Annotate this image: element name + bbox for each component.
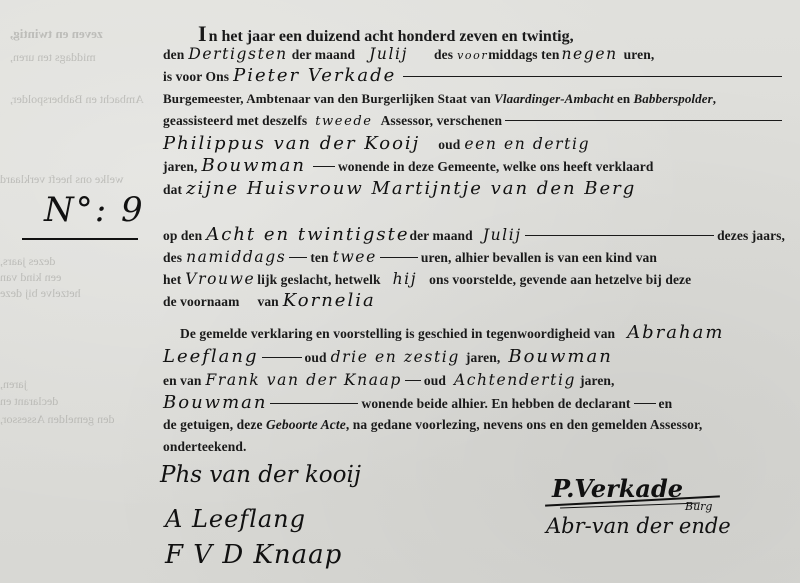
handwritten-witness2-age: Achtendertig — [454, 369, 576, 391]
text-line-7: jaren, Bouwman wonende in deze Gemeente,… — [163, 155, 785, 177]
signature-mayor-title: Burg — [685, 500, 712, 513]
text-line-4: Burgemeester, Ambtenaar van den Burgerli… — [163, 88, 785, 110]
text-line-16: Bouwman wonende beide alhier. En hebben … — [163, 392, 785, 414]
bleed-through-text: hetzelve bij deze — [0, 286, 81, 301]
text-line-14: Leeflang oud drie en zestig jaren, Bouwm… — [163, 346, 785, 370]
handwritten-witness2-name: Frank van der Knaap — [205, 369, 401, 391]
handwritten-witness1-age: drie en zestig — [331, 346, 460, 368]
handwritten-witness2-occupation: Bouwman — [163, 392, 267, 414]
handwritten-period: voor — [457, 45, 488, 67]
text-line-12: de voornaam van Kornelia — [163, 290, 785, 312]
text-line-5: geassisteerd met deszelfs tweede Assesso… — [163, 110, 785, 132]
fill-rule — [262, 357, 302, 358]
fill-rule — [403, 76, 782, 77]
text-line-15: en van Frank van der Knaap oud Achtender… — [163, 369, 785, 391]
text-line-11: het Vrouwe lijk geslacht, hetwelk hij on… — [163, 268, 785, 290]
bleed-through-text: zeven en twintig, — [10, 26, 103, 42]
polder-name: Babberspolder — [633, 88, 712, 110]
certificate-number-underline — [22, 238, 138, 240]
bleed-through-text: declarant en — [0, 394, 58, 409]
bleed-through-text: welke ons heeft verklaard — [0, 172, 124, 187]
text-line-13: De gemelde verklaring en voorstelling is… — [180, 322, 785, 344]
text-line-9: op den Acht en twintigste der maand Juli… — [163, 224, 785, 246]
handwritten-day: Dertigsten — [188, 43, 287, 65]
text-line-2: den Dertigsten der maand Julij des voor … — [163, 43, 785, 65]
handwritten-birth-day: Acht en twintigste — [206, 224, 409, 246]
fill-rule — [289, 257, 307, 258]
signature-assessor: Abr-van der ende — [546, 514, 731, 538]
document-page: zeven en twintig, middags ten uren, Amba… — [0, 0, 800, 583]
handwritten-birth-hour: twee — [333, 246, 377, 268]
handwritten-witness1-occupation: Bouwman — [508, 346, 612, 368]
handwritten-month: Julij — [369, 43, 408, 65]
handwritten-presenter: hij — [393, 268, 418, 290]
fill-rule — [505, 120, 782, 121]
handwritten-witness1-last: Leeflang — [163, 346, 259, 368]
text-line-17: de getuigen, deze Geboorte Acte , na ged… — [163, 414, 785, 436]
signature-witness2: F V D Knaap — [165, 540, 342, 570]
bleed-through-text: den gemelden Assessor, — [0, 412, 115, 427]
handwritten-witness1-first: Abraham — [627, 322, 724, 344]
handwritten-sex: Vrouwe — [185, 268, 255, 290]
text-line-3: is voor Ons Pieter Verkade — [163, 65, 785, 87]
fill-rule — [634, 403, 656, 404]
handwritten-birth-period: namiddags — [186, 246, 286, 268]
signature-witness1: A Leeflang — [165, 505, 306, 533]
text-line-18: onderteekend. — [163, 436, 785, 458]
handwritten-hour: negen — [561, 43, 617, 65]
handwritten-mother-name: zijne Huisvrouw Martijntje van den Berg — [186, 178, 636, 200]
bleed-through-text: dezes jaars, — [0, 254, 55, 269]
fill-rule — [270, 403, 358, 404]
fill-rule — [380, 257, 418, 258]
fill-rule — [405, 380, 421, 381]
bleed-through-text: jaren, — [0, 377, 27, 392]
handwritten-child-name: Kornelia — [283, 290, 376, 312]
certificate-number: N°: 9 — [22, 196, 152, 238]
municipality-name: Vlaardinger-Ambacht — [494, 88, 614, 110]
bleed-through-text: Ambacht en Babberspolder, — [10, 92, 144, 107]
handwritten-birth-month: Julij — [483, 224, 522, 246]
document-type-label: Geboorte Acte — [266, 414, 346, 436]
text-line-10: des namiddags ten twee uren, alhier beva… — [163, 246, 785, 268]
handwritten-father-name: Philippus van der Kooij — [163, 133, 420, 155]
handwritten-father-age: een en dertig — [464, 133, 590, 155]
handwritten-mayor-name: Pieter Verkade — [233, 65, 396, 87]
fill-rule — [525, 235, 714, 236]
bleed-through-text: een kind van — [0, 270, 61, 285]
handwritten-assessor-rank: tweede — [315, 111, 372, 133]
bleed-through-text: middags ten uren, — [10, 50, 96, 65]
handwritten-occupation: Bouwman — [201, 155, 305, 177]
fill-rule — [313, 166, 335, 167]
text-line-8: dat zijne Huisvrouw Martijntje van den B… — [163, 178, 785, 204]
signature-father: Phs van der kooij — [160, 462, 361, 488]
